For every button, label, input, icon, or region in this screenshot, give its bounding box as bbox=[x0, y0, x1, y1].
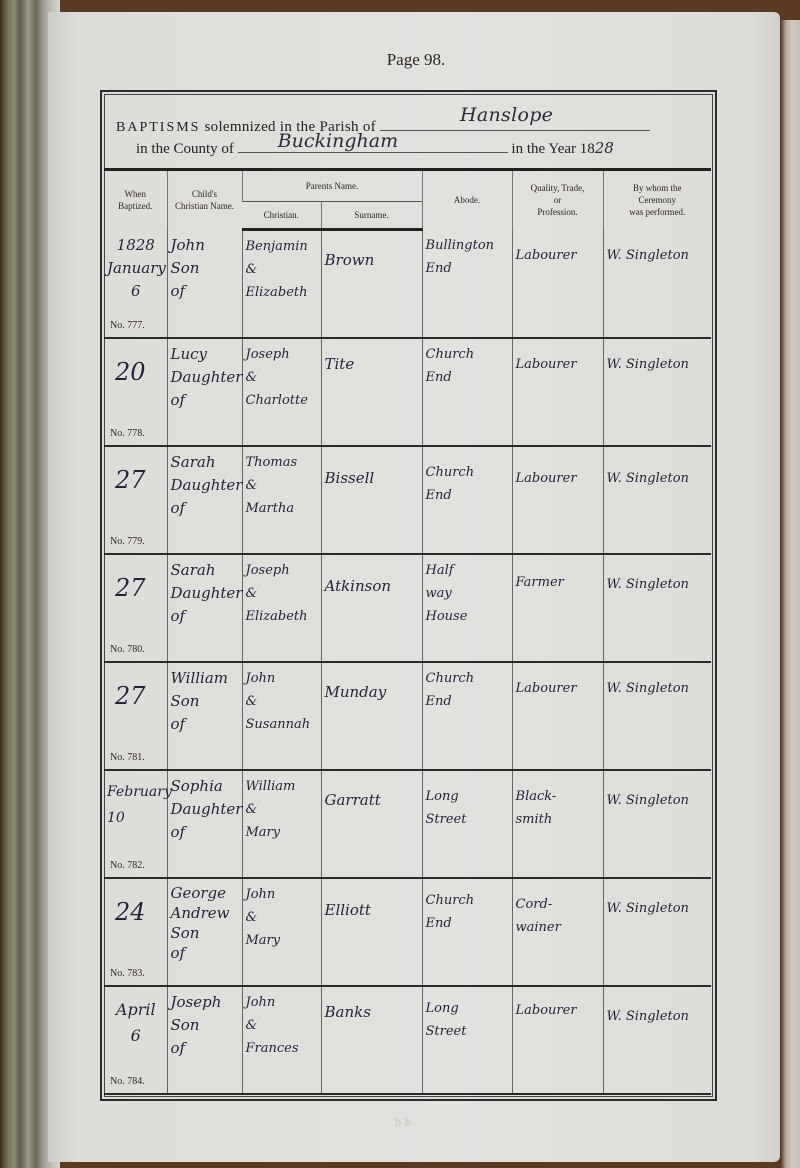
cell-surname: Banks bbox=[321, 986, 422, 1094]
cell-when: 20No. 778. bbox=[104, 338, 167, 446]
cell-surname: Tite bbox=[321, 338, 422, 446]
table-row: 27No. 780. Sarah Daughter of Joseph & El… bbox=[104, 554, 711, 662]
cell-by-whom: W. Singleton bbox=[603, 338, 711, 446]
col-quality: Quality, Trade, or Profession. bbox=[512, 170, 603, 230]
cell-parents-christian: Joseph & Charlotte bbox=[242, 338, 321, 446]
cell-quality: Black- smith bbox=[512, 770, 603, 878]
title-year-suffix: 28 bbox=[595, 139, 614, 157]
col-abode: Abode. bbox=[422, 170, 512, 230]
cell-child: Lucy Daughter of bbox=[167, 338, 242, 446]
cell-abode: Church End bbox=[422, 878, 512, 986]
table-row: February 10No. 782. Sophia Daughter of W… bbox=[104, 770, 711, 878]
cell-abode: Bullington End bbox=[422, 230, 512, 339]
title-county-text: in the County of bbox=[136, 141, 234, 157]
cell-parents-christian: John & Mary bbox=[242, 878, 321, 986]
cell-quality: Labourer bbox=[512, 662, 603, 770]
cell-child: Sarah Daughter of bbox=[167, 446, 242, 554]
parish-name: Hanslope bbox=[460, 104, 553, 126]
cell-by-whom: W. Singleton bbox=[603, 878, 711, 986]
cell-parents-christian: Benjamin & Elizabeth bbox=[242, 230, 321, 339]
entry-number: No. 784. bbox=[110, 1076, 145, 1087]
title-baptisms: BAPTISMS bbox=[116, 120, 200, 135]
cell-when: 24No. 783. bbox=[104, 878, 167, 986]
cell-surname: Munday bbox=[321, 662, 422, 770]
cell-surname: Elliott bbox=[321, 878, 422, 986]
cell-when: 1828 January 6No. 777. bbox=[104, 230, 167, 339]
page-number: Page 98. bbox=[0, 50, 800, 70]
cell-quality: Labourer bbox=[512, 230, 603, 339]
cell-when: February 10No. 782. bbox=[104, 770, 167, 878]
cell-by-whom: W. Singleton bbox=[603, 770, 711, 878]
cell-parents-christian: Thomas & Martha bbox=[242, 446, 321, 554]
cell-when: 27No. 781. bbox=[104, 662, 167, 770]
cell-parents-christian: John & Susannah bbox=[242, 662, 321, 770]
table-row: 27No. 779. Sarah Daughter of Thomas & Ma… bbox=[104, 446, 711, 554]
entry-number: No. 778. bbox=[110, 428, 145, 439]
col-child-name: Child's Christian Name. bbox=[167, 170, 242, 230]
parish-field: Hanslope bbox=[380, 112, 650, 131]
cell-child: Joseph Son of bbox=[167, 986, 242, 1094]
cell-abode: Long Street bbox=[422, 770, 512, 878]
cell-quality: Labourer bbox=[512, 446, 603, 554]
cell-quality: Labourer bbox=[512, 986, 603, 1094]
cell-child: George Andrew Son of bbox=[167, 878, 242, 986]
cell-by-whom: W. Singleton bbox=[603, 986, 711, 1094]
facing-page-edge bbox=[780, 20, 800, 1168]
cell-parents-christian: John & Frances bbox=[242, 986, 321, 1094]
cell-surname: Bissell bbox=[321, 446, 422, 554]
cell-by-whom: W. Singleton bbox=[603, 554, 711, 662]
cell-abode: Church End bbox=[422, 446, 512, 554]
cell-surname: Garratt bbox=[321, 770, 422, 878]
col-parents-surname: Surname. bbox=[321, 202, 422, 230]
cell-surname: Atkinson bbox=[321, 554, 422, 662]
cell-quality: Farmer bbox=[512, 554, 603, 662]
entry-number: No. 777. bbox=[110, 320, 145, 331]
cell-abode: Long Street bbox=[422, 986, 512, 1094]
cell-when: April 6No. 784. bbox=[104, 986, 167, 1094]
cell-abode: Church End bbox=[422, 338, 512, 446]
baptism-register-table: When Baptized. Child's Christian Name. P… bbox=[104, 168, 711, 1095]
cell-by-whom: W. Singleton bbox=[603, 446, 711, 554]
col-parents-christian: Christian. bbox=[242, 202, 321, 230]
cell-child: Sarah Daughter of bbox=[167, 554, 242, 662]
col-parents-name: Parents Name. bbox=[242, 170, 422, 202]
cell-quality: Cord- wainer bbox=[512, 878, 603, 986]
cell-by-whom: W. Singleton bbox=[603, 230, 711, 339]
faint-bleedthrough-mark: bb bbox=[395, 1115, 415, 1130]
cell-abode: Church End bbox=[422, 662, 512, 770]
cell-child: John Son of bbox=[167, 230, 242, 339]
entry-number: No. 779. bbox=[110, 536, 145, 547]
cell-by-whom: W. Singleton bbox=[603, 662, 711, 770]
cell-child: William Son of bbox=[167, 662, 242, 770]
col-by-whom: By whom the Ceremony was performed. bbox=[603, 170, 711, 230]
cell-parents-christian: Joseph & Elizabeth bbox=[242, 554, 321, 662]
entry-number: No. 783. bbox=[110, 968, 145, 979]
cell-parents-christian: William & Mary bbox=[242, 770, 321, 878]
table-row: April 6No. 784. Joseph Son of John & Fra… bbox=[104, 986, 711, 1094]
county-name: Buckingham bbox=[278, 130, 398, 152]
col-when-baptized: When Baptized. bbox=[104, 170, 167, 230]
entry-number: No. 780. bbox=[110, 644, 145, 655]
entry-number: No. 782. bbox=[110, 860, 145, 871]
county-field: Buckingham bbox=[238, 134, 508, 153]
table-row: 20No. 778. Lucy Daughter of Joseph & Cha… bbox=[104, 338, 711, 446]
cell-when: 27No. 779. bbox=[104, 446, 167, 554]
title-year-label: in the Year 18 bbox=[511, 141, 594, 157]
cell-child: Sophia Daughter of bbox=[167, 770, 242, 878]
cell-abode: Half way House bbox=[422, 554, 512, 662]
cell-when: 27No. 780. bbox=[104, 554, 167, 662]
cell-surname: Brown bbox=[321, 230, 422, 339]
cell-quality: Labourer bbox=[512, 338, 603, 446]
register-title: BAPTISMS solemnized in the Parish of Han… bbox=[104, 94, 711, 168]
entry-number: No. 781. bbox=[110, 752, 145, 763]
table-row: 27No. 781. William Son of John & Susanna… bbox=[104, 662, 711, 770]
table-row: 1828 January 6No. 777. John Son of Benja… bbox=[104, 230, 711, 339]
table-row: 24No. 783. George Andrew Son of John & M… bbox=[104, 878, 711, 986]
title-line-2: in the County of Buckingham in the Year … bbox=[136, 134, 614, 158]
